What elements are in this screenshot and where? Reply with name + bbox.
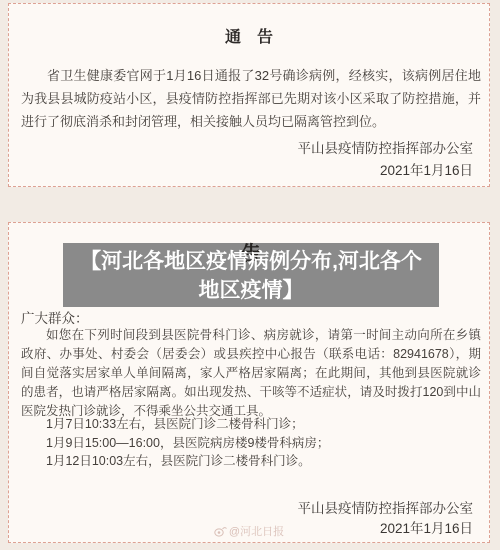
notice-panel-1: 通 告 省卫生健康委官网于1月16日通报了32号确诊病例，经核实，该病例居住地为… <box>8 3 490 187</box>
schedule-item: 1月12日10:03左右，县医院门诊二楼骨科门诊。 <box>46 452 481 471</box>
notice2-salutation: 广大群众： <box>21 307 89 327</box>
notice1-title: 通 告 <box>9 24 489 47</box>
notice2-schedule: 1月7日10:33左右，县医院门诊二楼骨科门诊； 1月9日15:00—16:00… <box>21 415 481 471</box>
notice-image: 通 告 省卫生健康委官网于1月16日通报了32号确诊病例，经核实，该病例居住地为… <box>0 0 500 550</box>
notice-panel-2: 告 【河北各地区疫情病例分布,河北各个 地区疫情】 广大群众： 如您在下列时间段… <box>8 222 490 543</box>
notice2-signature: 平山县疫情防控指挥部办公室 <box>298 499 474 519</box>
notice1-signature-block: 平山县疫情防控指挥部办公室 2021年1月16日 <box>298 138 474 182</box>
watermark-handle: @河北日报 <box>229 526 284 538</box>
headline-line-1: 【河北各地区疫情病例分布,河北各个 <box>63 247 439 276</box>
schedule-item: 1月7日10:33左右，县医院门诊二楼骨科门诊； <box>46 415 481 434</box>
schedule-item: 1月9日15:00—16:00，县医院病房楼9楼骨科病房； <box>46 434 481 453</box>
notice1-date: 2021年1月16日 <box>298 160 474 182</box>
headline-overlay: 告 【河北各地区疫情病例分布,河北各个 地区疫情】 <box>63 243 439 307</box>
headline-line-2: 地区疫情】 <box>63 276 439 305</box>
notice2-body: 如您在下列时间段到县医院骨科门诊、病房就诊，请第一时间主动向所在乡镇政府、办事处… <box>21 326 481 421</box>
notice1-signature: 平山县疫情防控指挥部办公室 <box>298 138 474 160</box>
notice1-body: 省卫生健康委官网于1月16日通报了32号确诊病例，经核实，该病例居住地为我县县城… <box>21 64 481 133</box>
weibo-icon <box>214 526 227 537</box>
watermark: @河北日报 <box>9 523 489 539</box>
